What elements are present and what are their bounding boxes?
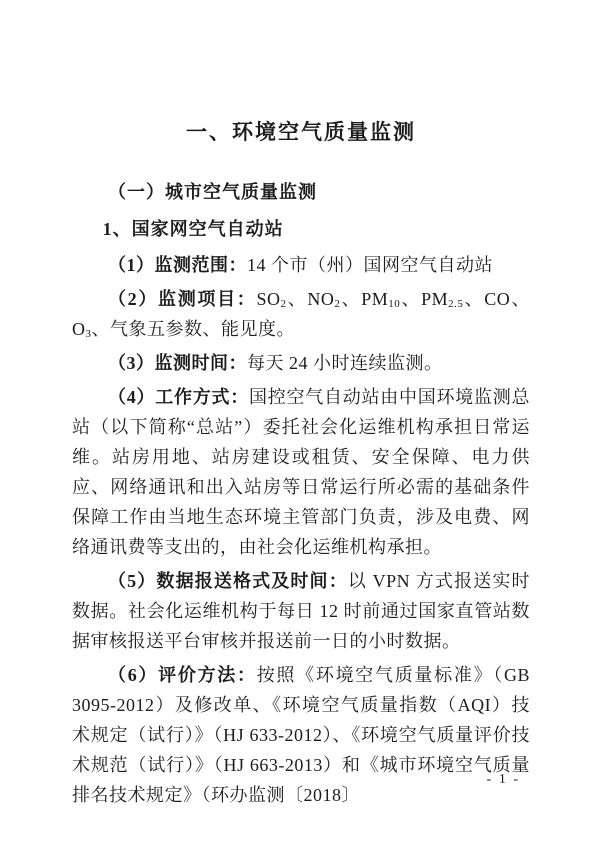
paragraph: （2）监测项目：SO2、NO2、PM10、PM2.5、CO、O3、气象五参数、能… xyxy=(72,284,530,344)
paragraph-text: 、PM xyxy=(340,289,388,309)
paragraph-label: （3）监测时间： xyxy=(108,353,247,373)
sub-heading: 1、国家网空气自动站 xyxy=(72,215,530,241)
paragraph-label: （2）监测项目： xyxy=(108,289,257,309)
paragraph-list: （1）监测范围：14 个市（州）国网空气自动站（2）监测项目：SO2、NO2、P… xyxy=(72,250,530,810)
document-content: 一、环境空气质量监测 （一）城市空气质量监测 1、国家网空气自动站 （1）监测范… xyxy=(72,116,530,814)
paragraph-text: 按照《环境空气质量标准》（GB 3095-2012）及修改单、《环境空气质量指数… xyxy=(72,665,530,805)
paragraph-text: 国控空气自动站由中国环境监测总站（以下简称“总站”）委托社会化运维机构承担日常运… xyxy=(72,387,530,557)
paragraph-label: （4）工作方式： xyxy=(108,387,249,407)
paragraph-text: 每天 24 小时连续监测。 xyxy=(247,353,443,373)
paragraph-label: （6）评价方法： xyxy=(108,665,257,685)
subscript-text: 2.5 xyxy=(448,298,463,310)
paragraph: （6）评价方法：按照《环境空气质量标准》（GB 3095-2012）及修改单、《… xyxy=(72,660,530,810)
paragraph-text: 、NO xyxy=(287,289,335,309)
section-heading: （一）城市空气质量监测 xyxy=(72,178,530,204)
paragraph: （3）监测时间：每天 24 小时连续监测。 xyxy=(72,348,530,378)
subscript-text: 2 xyxy=(334,298,340,310)
paragraph: （4）工作方式：国控空气自动站由中国环境监测总站（以下简称“总站”）委托社会化运… xyxy=(72,382,530,562)
paragraph-text: SO xyxy=(257,289,281,309)
paragraph: （5）数据报送格式及时间：以 VPN 方式报送实时数据。社会化运维机构于每日 1… xyxy=(72,566,530,656)
subscript-text: 3 xyxy=(86,328,92,340)
document-page: 一、环境空气质量监测 （一）城市空气质量监测 1、国家网空气自动站 （1）监测范… xyxy=(0,0,600,848)
paragraph-text: 、PM xyxy=(400,289,448,309)
subscript-text: 2 xyxy=(281,298,287,310)
page-title: 一、环境空气质量监测 xyxy=(72,116,530,146)
subscript-text: 10 xyxy=(388,298,400,310)
paragraph: （1）监测范围：14 个市（州）国网空气自动站 xyxy=(72,250,530,280)
paragraph-text: 14 个市（州）国网空气自动站 xyxy=(247,255,493,275)
paragraph-label: （1）监测范围： xyxy=(108,255,247,275)
paragraph-label: （5）数据报送格式及时间： xyxy=(108,571,348,591)
page-number: - 1 - xyxy=(487,772,520,788)
paragraph-text: 、气象五参数、能见度。 xyxy=(92,319,296,339)
